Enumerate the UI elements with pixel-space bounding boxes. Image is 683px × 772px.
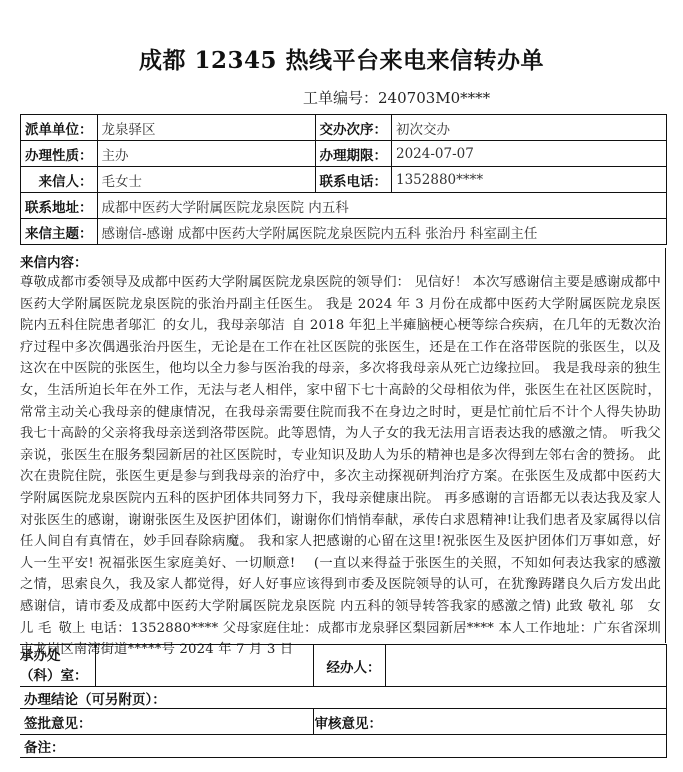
table-row: 联系地址： 成都中医药大学附属医院龙泉医院 内五科: [21, 193, 667, 219]
handling-nature-label: 办理性质：: [21, 141, 98, 167]
handover-order-value: 初次交办: [392, 115, 667, 141]
document-title: 成都 12345 热线平台来电来信转办单: [0, 42, 683, 75]
header-table: 派单单位： 龙泉驿区 交办次序： 初次交办 办理性质： 主办 办理期限： 202…: [20, 114, 667, 245]
handover-order-label: 交办次序：: [315, 115, 392, 141]
sender-value: 毛女士: [97, 167, 315, 193]
letter-content-section: 来信内容： 尊敬成都市委领导及成都中医药大学附属医院龙泉医院的领导们： 见信好！…: [20, 248, 666, 643]
dispatch-unit-label: 派单单位：: [21, 115, 98, 141]
approval-label[interactable]: 签批意见：: [20, 709, 313, 735]
subject-label: 来信主题：: [21, 219, 98, 245]
table-row: 派单单位： 龙泉驿区 交办次序： 初次交办: [21, 115, 667, 141]
letter-content-label: 来信内容：: [20, 251, 661, 271]
table-row: 签批意见： 审核意见：: [20, 709, 667, 735]
conclusion-label[interactable]: 办理结论（可另附页）：: [20, 687, 667, 709]
deadline-value: 2024-07-07: [392, 141, 667, 167]
table-row: 来信主题： 感谢信-感谢 成都中医药大学附属医院龙泉医院内五科 张治丹 科室副主…: [21, 219, 667, 245]
address-label: 联系地址：: [21, 193, 98, 219]
dispatch-unit-value: 龙泉驿区: [97, 115, 315, 141]
table-row: 办理性质： 主办 办理期限： 2024-07-07: [21, 141, 667, 167]
handling-nature-value: 主办: [97, 141, 315, 167]
table-row: 办理结论（可另附页）：: [20, 687, 667, 709]
table-row: 备注：: [20, 735, 667, 758]
remarks-label[interactable]: 备注：: [20, 735, 667, 758]
deadline-label: 办理期限：: [315, 141, 392, 167]
handler-field[interactable]: [385, 645, 667, 687]
department-field[interactable]: [95, 645, 313, 687]
order-number: 工单编号：240703M0****: [303, 87, 490, 108]
footer-table: 承办处（科）室： 经办人： 办理结论（可另附页）： 签批意见： 审核意见： 备注…: [20, 644, 667, 758]
phone-value: 1352880****: [392, 167, 667, 193]
subject-value: 感谢信-感谢 成都中医药大学附属医院龙泉医院内五科 张治丹 科室副主任: [97, 219, 667, 245]
letter-content-body: 尊敬成都市委领导及成都中医药大学附属医院龙泉医院的领导们： 见信好！ 本次写感谢…: [20, 272, 661, 661]
table-row: 来信人： 毛女士 联系电话： 1352880****: [21, 167, 667, 193]
review-label[interactable]: 审核意见：: [313, 709, 667, 735]
sender-label: 来信人：: [21, 167, 98, 193]
department-label: 承办处（科）室：: [20, 645, 95, 687]
order-number-value: 240703M0****: [378, 89, 490, 107]
order-number-label: 工单编号：: [303, 89, 378, 107]
table-row: 承办处（科）室： 经办人：: [20, 645, 667, 687]
handler-label: 经办人：: [313, 645, 385, 687]
phone-label: 联系电话：: [315, 167, 392, 193]
address-value: 成都中医药大学附属医院龙泉医院 内五科: [97, 193, 667, 219]
